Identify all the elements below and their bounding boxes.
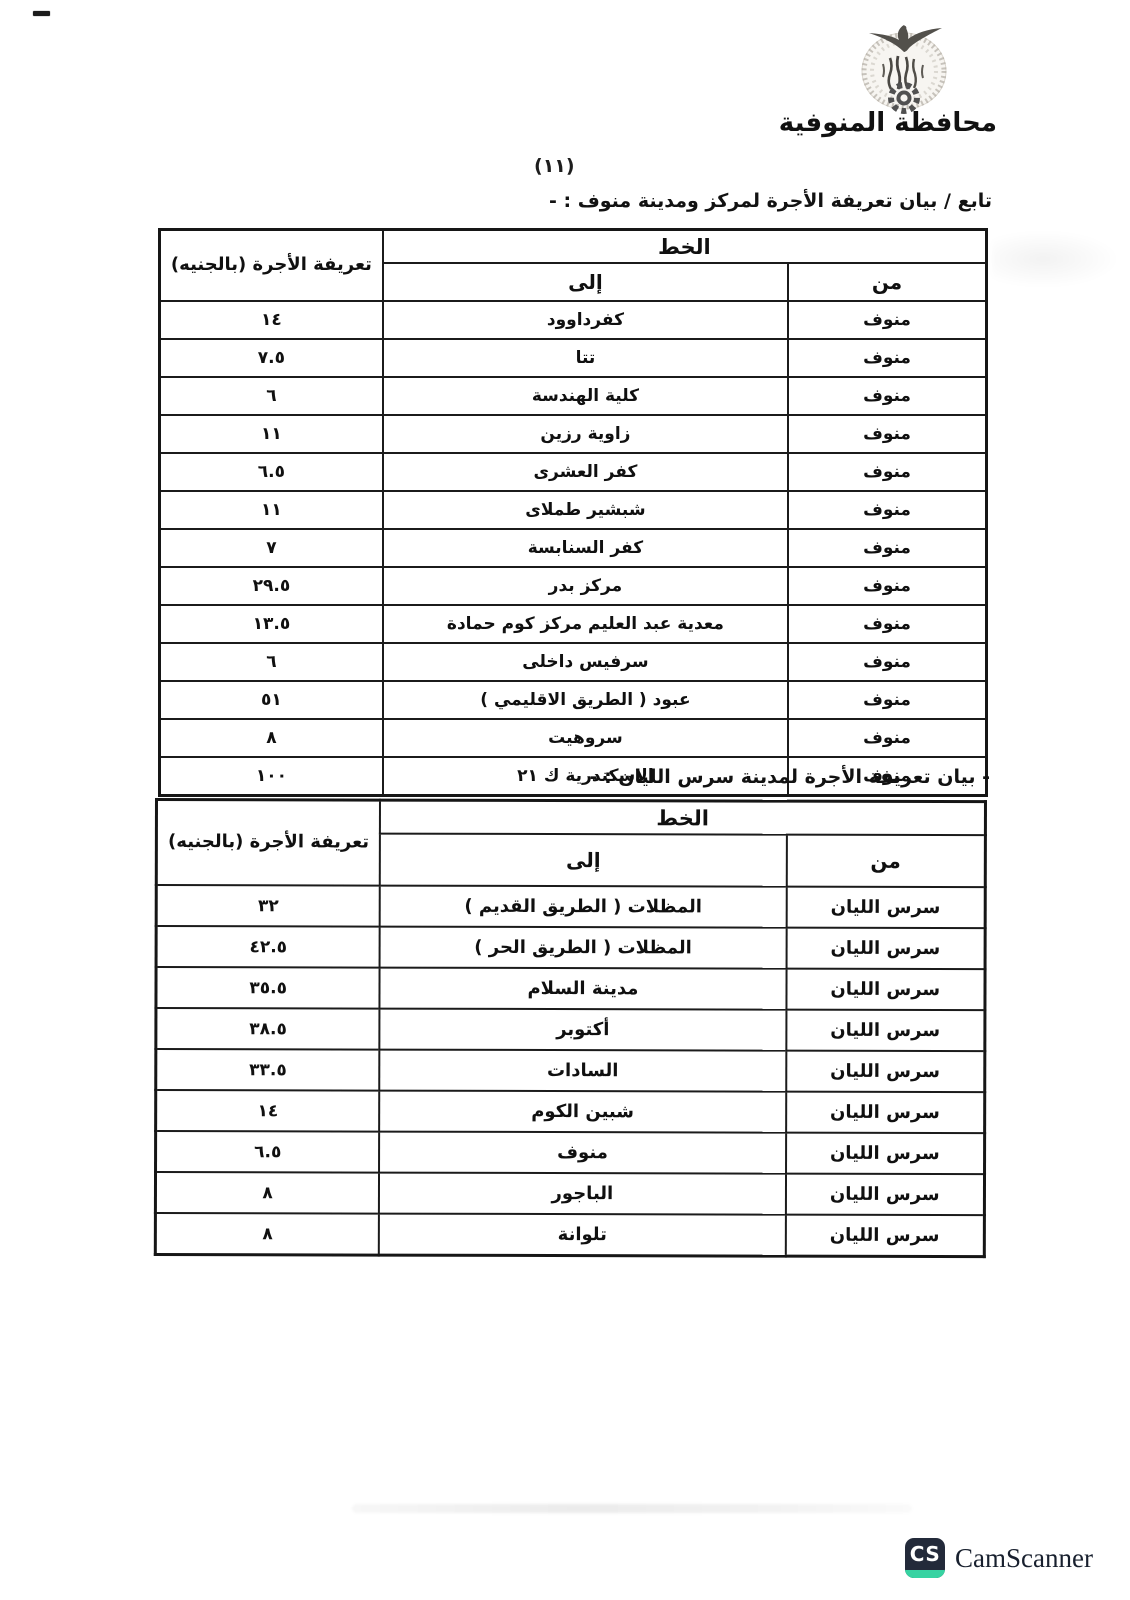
camscanner-icon: CS bbox=[905, 1538, 945, 1578]
fare-cell: ٤٢.٥ bbox=[156, 926, 380, 968]
to-cell: معدية عبد العليم مركز كوم حمادة bbox=[383, 605, 788, 643]
from-cell: منوف bbox=[788, 301, 986, 339]
from-cell: منوف bbox=[788, 605, 986, 643]
fare-table-sers-ellyan: الخط تعريفة الأجرة (بالجنيه) من إلى سرس … bbox=[154, 798, 987, 1258]
fare-cell: ٨ bbox=[160, 719, 383, 757]
to-cell: المظلات ( الطريق القديم ) bbox=[380, 886, 786, 928]
table-row: سرس الليانأكتوبر٣٨.٥ bbox=[156, 1008, 985, 1051]
table-row: منوفمركز بدر٢٩.٥ bbox=[160, 567, 987, 605]
table-row: سرس الليانالمظلات ( الطريق القديم )٣٢ bbox=[156, 885, 985, 928]
from-cell: سرس الليان bbox=[786, 928, 985, 970]
table-row: منوفتتا٧.٥ bbox=[160, 339, 987, 377]
scanned-document-page: محافظة المنوفية (١١) تابع / بيان تعريفة … bbox=[0, 0, 1130, 1600]
fare-cell: ٦ bbox=[160, 377, 383, 415]
fare-cell: ١١ bbox=[160, 491, 383, 529]
table-row: منوفعبود ( الطريق الاقليمي )٥١ bbox=[160, 681, 987, 719]
col-header-line: الخط bbox=[383, 230, 987, 264]
to-cell: تتا bbox=[383, 339, 788, 377]
from-cell: سرس الليان bbox=[786, 1133, 985, 1175]
fare-cell: ٧ bbox=[160, 529, 383, 567]
from-cell: منوف bbox=[788, 681, 986, 719]
to-cell: سرفيس داخلى bbox=[383, 643, 788, 681]
fare-cell: ٢٩.٥ bbox=[160, 567, 383, 605]
to-cell: كفرداوود bbox=[383, 301, 788, 339]
fare-cell: ٦.٥ bbox=[160, 453, 383, 491]
fare-cell: ٥١ bbox=[160, 681, 383, 719]
table-row: منوفكفر السنابسة٧ bbox=[160, 529, 987, 567]
from-cell: منوف bbox=[788, 567, 986, 605]
table-row: منوفكفرداوود١٤ bbox=[160, 301, 987, 339]
from-cell: سرس الليان bbox=[786, 969, 985, 1011]
col-header-to: إلى bbox=[383, 263, 788, 301]
table-row: سرس الليانمنوف٦.٥ bbox=[156, 1131, 985, 1174]
to-cell: سروهيت bbox=[383, 719, 788, 757]
fare-cell: ٣٢ bbox=[156, 885, 380, 927]
from-cell: سرس الليان bbox=[786, 1010, 985, 1052]
to-cell: مركز بدر bbox=[383, 567, 788, 605]
table-row: سرس الليانالباجور٨ bbox=[155, 1172, 984, 1215]
fare-cell: ٨ bbox=[155, 1172, 379, 1214]
fare-cell: ٣٨.٥ bbox=[156, 1008, 380, 1050]
fare-cell: ٣٣.٥ bbox=[156, 1049, 380, 1091]
table-row: سرس الليانتلوانة٨ bbox=[155, 1213, 984, 1257]
to-cell: تلوانة bbox=[379, 1214, 785, 1257]
page-number: (١١) bbox=[534, 155, 575, 177]
from-cell: سرس الليان bbox=[786, 1092, 985, 1134]
scan-smudge bbox=[992, 230, 1120, 288]
to-cell: مدينة السلام bbox=[380, 968, 786, 1010]
to-cell: أكتوبر bbox=[380, 1009, 786, 1051]
from-cell: سرس الليان bbox=[786, 887, 985, 929]
fare-table-menouf: الخط تعريفة الأجرة (بالجنيه) من إلى منوف… bbox=[158, 228, 988, 797]
to-cell: السادات bbox=[380, 1050, 786, 1092]
fare-cell: ٨ bbox=[155, 1213, 379, 1255]
scan-corner-mark bbox=[33, 11, 50, 16]
fare-cell: ٦ bbox=[160, 643, 383, 681]
from-cell: منوف bbox=[788, 339, 986, 377]
camscanner-icon-accent-bar bbox=[905, 1570, 945, 1578]
from-cell: منوف bbox=[788, 529, 986, 567]
table-row: منوفزاوية رزين١١ bbox=[160, 415, 987, 453]
fare-cell: ٦.٥ bbox=[156, 1131, 380, 1173]
governorate-emblem-eagle-icon bbox=[846, 18, 964, 116]
fare-cell: ١١ bbox=[160, 415, 383, 453]
fare-cell: ١٤ bbox=[156, 1090, 380, 1132]
col-header-from: من bbox=[786, 835, 985, 888]
section1-title: تابع / بيان تعريفة الأجرة لمركز ومدينة م… bbox=[549, 190, 992, 212]
to-cell: كفر العشرى bbox=[383, 453, 788, 491]
col-header-fare: تعريفة الأجرة (بالجنيه) bbox=[160, 230, 383, 302]
to-cell: الباجور bbox=[379, 1173, 785, 1215]
camscanner-icon-text: CS bbox=[910, 1538, 940, 1570]
from-cell: منوف bbox=[788, 491, 986, 529]
from-cell: منوف bbox=[788, 453, 986, 491]
from-cell: سرس الليان bbox=[786, 1051, 985, 1093]
camscanner-watermark: CS CamScanner bbox=[905, 1538, 1093, 1578]
from-cell: منوف bbox=[788, 377, 986, 415]
camscanner-label: CamScanner bbox=[955, 1543, 1093, 1574]
table-row: سرس الليانمدينة السلام٣٥.٥ bbox=[156, 967, 985, 1010]
from-cell: منوف bbox=[788, 415, 986, 453]
to-cell: منوف bbox=[379, 1132, 785, 1174]
table-row: سرس الليانالسادات٣٣.٥ bbox=[156, 1049, 985, 1092]
to-cell: كفر السنابسة bbox=[383, 529, 788, 567]
col-header-from: من bbox=[788, 263, 986, 301]
to-cell: المظلات ( الطريق الحر ) bbox=[380, 927, 786, 969]
from-cell: منوف bbox=[788, 643, 986, 681]
col-header-fare: تعريفة الأجرة (بالجنيه) bbox=[156, 800, 380, 886]
table-row: سرس الليانشبين الكوم١٤ bbox=[156, 1090, 985, 1133]
table-row: منوفكلية الهندسة٦ bbox=[160, 377, 987, 415]
table-row: منوفسروهيت٨ bbox=[160, 719, 987, 757]
fare-cell: ١٣.٥ bbox=[160, 605, 383, 643]
fare-cell: ٧.٥ bbox=[160, 339, 383, 377]
col-header-to: إلى bbox=[380, 834, 786, 887]
scan-smudge bbox=[352, 1504, 912, 1513]
governorate-name: محافظة المنوفية bbox=[779, 108, 997, 138]
fare-cell: ١٠٠ bbox=[160, 757, 383, 796]
col-header-line: الخط bbox=[380, 800, 985, 835]
table-row: منوفسرفيس داخلى٦ bbox=[160, 643, 987, 681]
from-cell: سرس الليان bbox=[785, 1174, 984, 1216]
to-cell: شبين الكوم bbox=[379, 1091, 785, 1133]
from-cell: سرس الليان bbox=[785, 1215, 984, 1257]
fare-cell: ٣٥.٥ bbox=[156, 967, 380, 1009]
to-cell: كلية الهندسة bbox=[383, 377, 788, 415]
to-cell: شبشير طملاى bbox=[383, 491, 788, 529]
table-row: منوفكفر العشرى٦.٥ bbox=[160, 453, 987, 491]
to-cell: زاوية رزين bbox=[383, 415, 788, 453]
to-cell: عبود ( الطريق الاقليمي ) bbox=[383, 681, 788, 719]
from-cell: منوف bbox=[788, 719, 986, 757]
section2-title: - بيان تعريفة الأجرة لمدينة سرس الليان :… bbox=[590, 766, 990, 788]
table-row: منوفمعدية عبد العليم مركز كوم حمادة١٣.٥ bbox=[160, 605, 987, 643]
fare-cell: ١٤ bbox=[160, 301, 383, 339]
table-row: سرس الليانالمظلات ( الطريق الحر )٤٢.٥ bbox=[156, 926, 985, 969]
table-row: منوفشبشير طملاى١١ bbox=[160, 491, 987, 529]
